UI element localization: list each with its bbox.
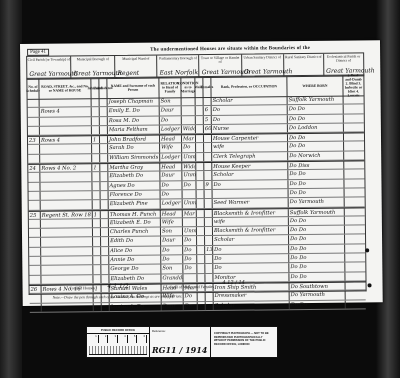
- record-office-box: PUBLIC RECORD OFFICE 123456: [87, 327, 150, 357]
- table-cell: Do Do: [288, 114, 344, 123]
- table-cell: Do Norwich: [288, 151, 344, 160]
- table-cell: Do Do: [290, 300, 346, 309]
- table-cell: Do: [160, 116, 182, 125]
- table-cell: [346, 291, 366, 300]
- number-box: 5: [128, 335, 138, 343]
- table-cell: 6: [204, 106, 212, 114]
- table-cell: [204, 135, 212, 142]
- page-heading: The undermentioned Houses are situate wi…: [150, 46, 310, 53]
- table-cell: [41, 247, 93, 256]
- admin-area-label: Municipal Ward of: [115, 57, 156, 61]
- table-cell: Scholar: [213, 236, 289, 245]
- table-cell: [100, 164, 108, 171]
- table-cell: [346, 300, 366, 309]
- table-cell: Daur: [162, 302, 184, 311]
- total-persons-label: Total of Males and Females: [170, 284, 214, 289]
- table-cell: Do Do: [289, 263, 345, 272]
- table-cell: 1: [93, 211, 101, 218]
- table-cell: [196, 153, 204, 161]
- table-cell: [29, 266, 41, 274]
- table-cell: [197, 227, 205, 235]
- table-cell: [30, 294, 42, 302]
- number-boxes: 123456: [89, 335, 147, 343]
- admin-area-label: Urban Sanitary District of: [242, 55, 283, 59]
- table-cell: [29, 275, 41, 283]
- table-cell: [100, 154, 108, 162]
- table-cell: Lodger: [161, 200, 183, 209]
- admin-area-label: Civil Parish [or Township] of: [27, 57, 70, 61]
- ruler-scale: [89, 346, 147, 355]
- table-cell: [93, 200, 101, 208]
- number-box: 1: [89, 335, 99, 343]
- table-cell: [40, 145, 92, 154]
- table-cell: [204, 143, 212, 151]
- table-cell: House Carpenter: [212, 134, 288, 142]
- column-header: Uninhabited: [99, 78, 107, 98]
- table-cell: Unm: [183, 227, 197, 235]
- table-cell: William Simmonds: [108, 153, 160, 162]
- admin-area-3: Parliamentary Borough ofEast Norfolk: [157, 55, 199, 77]
- table-cell: wife: [213, 217, 289, 226]
- table-cell: Do Do: [288, 134, 344, 142]
- admin-area-label: Ecclesiastical Parish or District of: [324, 54, 363, 62]
- table-cell: Do: [212, 105, 288, 114]
- reference-value: RG11 / 1914: [152, 345, 207, 355]
- table-cell: [344, 151, 364, 160]
- table-cell: [101, 238, 109, 246]
- table-cell: [344, 114, 364, 123]
- table-cell: Do: [161, 255, 183, 264]
- table-cell: Lodger: [160, 153, 182, 162]
- table-cell: [205, 218, 213, 226]
- table-cell: [92, 154, 100, 162]
- table-cell: Do Do: [288, 179, 344, 188]
- table-cell: Head: [161, 210, 183, 218]
- table-cell: [28, 117, 40, 125]
- census-page: Page 41 The undermentioned Houses are si…: [20, 40, 383, 306]
- table-cell: [183, 218, 197, 226]
- table-cell: [205, 190, 213, 198]
- table-cell: [101, 219, 109, 227]
- admin-area-0: Civil Parish [or Township] ofGreat Yarmo…: [27, 56, 71, 78]
- table-cell: [206, 292, 214, 300]
- table-cell: [93, 219, 101, 227]
- table-cell: [101, 247, 109, 255]
- table-cell: [93, 228, 101, 236]
- table-cell: [40, 126, 92, 135]
- admin-area-2: Municipal Ward ofRegent: [115, 56, 157, 78]
- table-cell: Head: [160, 135, 182, 143]
- table-cell: Do Do: [289, 189, 345, 198]
- table-cell: Do: [161, 246, 183, 255]
- table-cell: Daur: [160, 107, 182, 116]
- table-cell: [29, 192, 41, 200]
- table-cell: [197, 218, 205, 226]
- table-cell: [100, 126, 108, 134]
- table-cell: [345, 244, 365, 253]
- total-persons-value: 4 12 / 14: [222, 281, 244, 286]
- table-cell: [100, 117, 108, 125]
- table-cell: Do: [213, 264, 289, 273]
- table-cell: Do Do: [289, 216, 345, 225]
- table-cell: 9: [204, 181, 212, 189]
- table-cell: [100, 107, 108, 115]
- table-cell: [41, 256, 93, 265]
- table-cell: Do Do: [289, 244, 345, 253]
- table-cell: [204, 97, 212, 105]
- table-cell: [183, 190, 197, 198]
- table-cell: [100, 182, 108, 190]
- table-cell: Do: [160, 181, 182, 190]
- table-cell: Do Yarmouth: [290, 291, 346, 300]
- table-cell: [93, 266, 101, 274]
- reference-box: Reference: RG11 / 1914: [150, 327, 211, 357]
- table-cell: Widow: [182, 163, 196, 170]
- table-cell: Elizabeth Do: [108, 172, 160, 181]
- table-cell: Unm: [182, 172, 196, 180]
- column-header: ROAD, STREET, &c., and No. or NAME of HO…: [39, 78, 91, 99]
- table-cell: Head: [160, 163, 182, 171]
- table-cell: [196, 171, 204, 179]
- table-cell: [40, 98, 92, 107]
- table-cell: Do: [183, 237, 197, 245]
- table-cell: Do Do: [288, 105, 344, 114]
- admin-area-5: Urban Sanitary District ofGreat Yarmouth: [242, 54, 284, 76]
- table-cell: [345, 216, 365, 225]
- table-cell: Do: [184, 302, 198, 310]
- table-cell: [101, 200, 109, 208]
- table-cell: Emily E. Do: [108, 107, 160, 116]
- table-cell: [205, 227, 213, 235]
- table-cell: [345, 226, 365, 235]
- table-cell: Do: [183, 246, 197, 254]
- table-cell: Scholar: [214, 301, 290, 310]
- table-cell: [28, 108, 40, 116]
- table-cell: [344, 123, 364, 132]
- table-cell: [196, 135, 204, 142]
- table-cell: [197, 190, 205, 198]
- table-cell: [92, 98, 100, 106]
- table-cell: 1: [92, 136, 100, 143]
- table-cell: 60: [204, 125, 212, 133]
- table-cell: [206, 302, 214, 310]
- table-cell: [213, 189, 289, 198]
- table-cell: Annie Do: [109, 256, 161, 265]
- table-cell: Unm: [182, 153, 196, 161]
- table-cell: [28, 145, 40, 153]
- table-cell: Thomas H. Punch: [109, 210, 161, 218]
- table-cell: [92, 145, 100, 153]
- table-cell: [40, 117, 92, 126]
- table-cell: Daur: [160, 172, 182, 181]
- table-cell: Mar: [182, 135, 196, 142]
- table-cell: [197, 274, 205, 282]
- table-cell: Do: [212, 115, 288, 124]
- table-cell: Alice Do: [109, 246, 161, 255]
- table-cell: [182, 97, 196, 105]
- table-cell: [204, 163, 212, 170]
- admin-area-1: Municipal Borough ofGreat Yarmouth: [71, 56, 115, 78]
- table-cell: Do: [212, 180, 288, 189]
- table-cell: [198, 292, 206, 300]
- table-cell: [40, 154, 92, 163]
- table-cell: 25: [29, 211, 41, 218]
- table-cell: Sarah Do: [108, 144, 160, 153]
- table-cell: Florence Do: [109, 191, 161, 200]
- table-cell: [93, 191, 101, 199]
- table-cell: Do: [183, 255, 197, 263]
- table-cell: [345, 253, 365, 262]
- ink-dot: [365, 248, 369, 252]
- table-cell: [101, 265, 109, 273]
- table-cell: Unm: [183, 199, 197, 207]
- table-cell: [344, 170, 364, 179]
- table-cell: [196, 116, 204, 124]
- column-header: WHERE BORN: [287, 76, 343, 97]
- table-cell: [100, 136, 108, 143]
- table-cell: Scholar: [212, 96, 288, 105]
- admin-area-7: Ecclesiastical Parish or District ofGrea…: [324, 53, 363, 75]
- table-cell: [182, 106, 196, 114]
- table-cell: Do Do: [288, 170, 344, 179]
- table-cell: House Keeper: [212, 162, 288, 170]
- table-cell: [40, 173, 92, 182]
- table-cell: Wife: [160, 144, 182, 153]
- table-cell: [205, 199, 213, 207]
- table-cell: [29, 238, 41, 246]
- admin-area-4: Town or Village or Hamlet ofGreat Yarmou…: [200, 55, 242, 77]
- table-cell: [344, 95, 364, 104]
- table-cell: [344, 134, 364, 142]
- column-header: NAME and Surname of each Person: [107, 78, 159, 99]
- table-cell: [182, 116, 196, 124]
- total-houses-label: Total of Houses: [70, 285, 95, 290]
- table-cell: [204, 171, 212, 179]
- table-cell: Do Diss: [288, 162, 344, 170]
- table-cell: [196, 97, 204, 105]
- table-cell: Son: [161, 227, 183, 236]
- table-cell: Granddau: [161, 274, 183, 283]
- table-cell: [92, 126, 100, 134]
- admin-area-label: Town or Village or Hamlet of: [200, 56, 241, 64]
- table-cell: [344, 142, 364, 151]
- table-cell: Suffolk Yarmouth: [289, 208, 345, 216]
- table-cell: [345, 263, 365, 272]
- table-cell: 1: [92, 164, 100, 171]
- table-cell: [197, 255, 205, 263]
- reference-label: Reference:: [150, 327, 210, 335]
- table-cell: [197, 199, 205, 207]
- table-cell: Maria Feltham: [108, 125, 160, 134]
- table-cell: [41, 238, 93, 247]
- table-cell: [196, 181, 204, 189]
- table-cell: Seed Warmer: [213, 198, 289, 207]
- table-cell: Lodger: [160, 125, 182, 134]
- table-cell: Elizabeth Pine: [109, 200, 161, 209]
- table-cell: Clerk Telegraph: [212, 152, 288, 161]
- table-cell: [93, 256, 101, 264]
- table-cell: [41, 219, 93, 228]
- table-cell: Do: [184, 292, 198, 300]
- admin-area-label: Municipal Borough of: [71, 57, 114, 61]
- table-cell: Do Do: [288, 142, 344, 151]
- table-cell: Do Loddon: [288, 124, 344, 133]
- table-cell: wife: [212, 143, 288, 152]
- table-cell: Rosa M. Do: [108, 116, 160, 125]
- table-cell: [204, 153, 212, 161]
- table-cell: [93, 238, 101, 246]
- table-cell: [101, 191, 109, 199]
- table-cell: Edith Do: [109, 237, 161, 246]
- table-cell: [40, 182, 92, 191]
- table-cell: [29, 248, 41, 256]
- number-box: 6: [137, 335, 147, 343]
- table-cell: [29, 229, 41, 237]
- table-cell: [92, 173, 100, 181]
- table-cell: [197, 237, 205, 245]
- table-cell: John Bradford: [108, 136, 160, 144]
- table-cell: [28, 127, 40, 135]
- table-cell: [102, 303, 110, 311]
- table-cell: Blacksmith & Ironfitter: [213, 226, 289, 235]
- table-cell: [93, 275, 101, 283]
- table-cell: [28, 182, 40, 190]
- table-cell: [28, 155, 40, 163]
- table-cell: 5: [204, 116, 212, 124]
- table-cell: Rows 4: [40, 108, 92, 117]
- table-cell: Scholar: [212, 171, 288, 180]
- table-cell: Do: [183, 264, 197, 272]
- table-cell: Rows 4: [40, 136, 92, 144]
- table-cell: [344, 105, 364, 114]
- table-cell: [30, 303, 42, 311]
- table-cell: Joseph Chapman: [108, 98, 160, 107]
- table-cell: [101, 228, 109, 236]
- table-cell: [205, 264, 213, 272]
- table-cell: [94, 303, 102, 311]
- table-cell: Do Do: [289, 226, 345, 235]
- table-cell: [93, 247, 101, 255]
- table-cell: [100, 98, 108, 106]
- table-cell: Do: [161, 190, 183, 199]
- table-cell: [205, 210, 213, 217]
- table-cell: [345, 208, 365, 216]
- scan-edge-left: [0, 0, 22, 378]
- record-office-label: PUBLIC RECORD OFFICE: [87, 327, 149, 334]
- table-cell: [344, 179, 364, 188]
- table-cell: [205, 255, 213, 263]
- table-cell: George Do: [109, 265, 161, 274]
- table-cell: [205, 236, 213, 244]
- table-cell: Charles Punch: [109, 228, 161, 237]
- ink-dot: [368, 283, 372, 287]
- table-cell: 24: [28, 165, 40, 172]
- table-cell: [345, 272, 365, 281]
- copyright-notice: COPYRIGHT PHOTOGRAPH — NOT TO BE REPRODU…: [211, 327, 277, 357]
- table-cell: Rows 4 No. 2: [40, 164, 92, 172]
- number-box: 3: [108, 335, 118, 343]
- table-cell: [28, 99, 40, 107]
- table-cell: [42, 303, 94, 312]
- admin-area-6: Rural Sanitary District of: [284, 54, 324, 76]
- table-cell: [197, 264, 205, 272]
- table-cell: [196, 106, 204, 114]
- table-cell: [100, 172, 108, 180]
- table-cell: Do Do: [289, 254, 345, 263]
- table-cell: [41, 191, 93, 200]
- column-header: Females: [203, 77, 211, 97]
- table-cell: [92, 107, 100, 115]
- archive-stamp: PUBLIC RECORD OFFICE 123456 Reference: R…: [86, 326, 278, 358]
- column-header: Rank, Profession, or OCCUPATION: [211, 76, 287, 97]
- table-cell: [197, 210, 205, 217]
- table-cell: [345, 188, 365, 197]
- admin-area-label: Rural Sanitary District of: [284, 55, 323, 59]
- table-cell: [205, 274, 213, 282]
- table-cell: Louisa A. Do: [110, 302, 162, 311]
- table-cell: [41, 266, 93, 275]
- table-cell: Do: [182, 181, 196, 189]
- table-cell: [344, 161, 364, 169]
- table-cell: Son: [161, 265, 183, 274]
- table-cell: [41, 228, 93, 237]
- table-cell: Do: [182, 144, 196, 152]
- number-box: 4: [118, 335, 128, 343]
- table-cell: [196, 163, 204, 170]
- table-cell: 13: [205, 246, 213, 254]
- table-cell: [100, 145, 108, 153]
- table-cell: Son: [160, 97, 182, 106]
- admin-area-label: Parliamentary Borough of: [157, 56, 198, 60]
- table-cell: [196, 125, 204, 133]
- table-cell: Do: [213, 254, 289, 263]
- table-cell: [198, 302, 206, 310]
- table-cell: Nurse: [212, 124, 288, 133]
- number-box: 2: [99, 335, 109, 343]
- table-cell: [101, 211, 109, 218]
- table-cell: [92, 182, 100, 190]
- table-cell: [28, 173, 40, 181]
- table-cell: Regent St. Row 18: [41, 211, 93, 219]
- table-cell: [101, 275, 109, 283]
- table-cell: 23: [28, 137, 40, 144]
- table-cell: Martha Gray: [108, 164, 160, 172]
- table-cell: [41, 201, 93, 210]
- census-table: No. of ScheduleROAD, STREET, &c., and No…: [26, 74, 366, 286]
- table-cell: Wife: [161, 218, 183, 227]
- table-cell: [101, 256, 109, 264]
- table-cell: [345, 198, 365, 207]
- column-header: 1. Deaf-and-Dumb 2. Blind 3. Imbecile or…: [343, 75, 363, 95]
- table-cell: Widow: [182, 125, 196, 133]
- table-cell: [92, 117, 100, 125]
- table-cell: Agnes Do: [108, 181, 160, 190]
- table-cell: Do Yarmouth: [289, 198, 345, 207]
- table-cell: [196, 144, 204, 152]
- table-cell: [29, 257, 41, 265]
- total-houses-value: 4 1 1/2: [108, 283, 129, 290]
- table-cell: [29, 201, 41, 209]
- column-header: No. of Schedule: [27, 79, 39, 99]
- table-cell: Do Do: [289, 235, 345, 244]
- table-cell: Mar: [183, 210, 197, 217]
- table-cell: Daur: [161, 237, 183, 246]
- table-cell: Elizabeth E. Do: [109, 218, 161, 227]
- table-cell: Do: [213, 245, 289, 254]
- table-cell: [197, 246, 205, 254]
- table-cell: Suffolk Yarmouth: [288, 96, 344, 105]
- table-cell: [345, 235, 365, 244]
